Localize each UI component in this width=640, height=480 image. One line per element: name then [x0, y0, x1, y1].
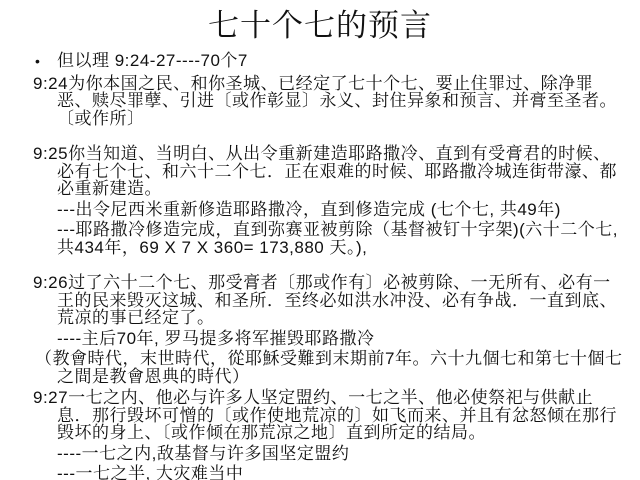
bullet-icon: •: [35, 53, 57, 71]
note-nehemiah-rebuild: ---出令尼西米重新修造耶路撒冷，直到修造完成 (七个七, 共49年): [0, 201, 640, 219]
bullet-line: • 但以理 9:24-27----70个7: [0, 52, 640, 71]
slide: 七十个七的预言 • 但以理 9:24-27----70个7 9:24为你本国之民…: [0, 0, 640, 480]
verse-9-24: 9:24为你本国之民、和你圣城、已经定了七十个七、要止住罪过、除净罪恶、赎尽罪孽…: [0, 75, 640, 128]
note-messiah-cut-off: ---耶路撒冷修造完成，直到弥赛亚被剪除（基督被钉十字架)(六十二个七, 共43…: [0, 221, 640, 256]
note-antichrist-covenant: ----一七之内,敌基督与许多国坚定盟约: [0, 445, 640, 463]
slide-title: 七十个七的预言: [0, 0, 640, 45]
note-ad70-titus: ----主后70年, 罗马提多将军摧毁耶路撒冷: [0, 330, 640, 348]
verse-9-25: 9:25你当知道、当明白、从出令重新建造耶路撒冷、直到有受膏君的时候、必有七个七…: [0, 145, 640, 198]
bullet-text: 但以理 9:24-27----70个7: [57, 52, 248, 70]
verse-9-27: 9:27一七之内、他必与许多人坚定盟约、一七之半、他必使祭祀与供献止息．那行毁坏…: [0, 389, 640, 442]
verse-9-26: 9:26过了六十二个七、那受膏者〔那或作有〕必被剪除、一无所有、必有一王的民来毁…: [0, 274, 640, 327]
note-church-age: （教會時代，末世時代，從耶穌受難到末期前7年。六十九個七和第七十個七之間是教會恩…: [0, 350, 640, 385]
note-great-tribulation: ---一七之半, 大灾难当中: [0, 465, 640, 480]
